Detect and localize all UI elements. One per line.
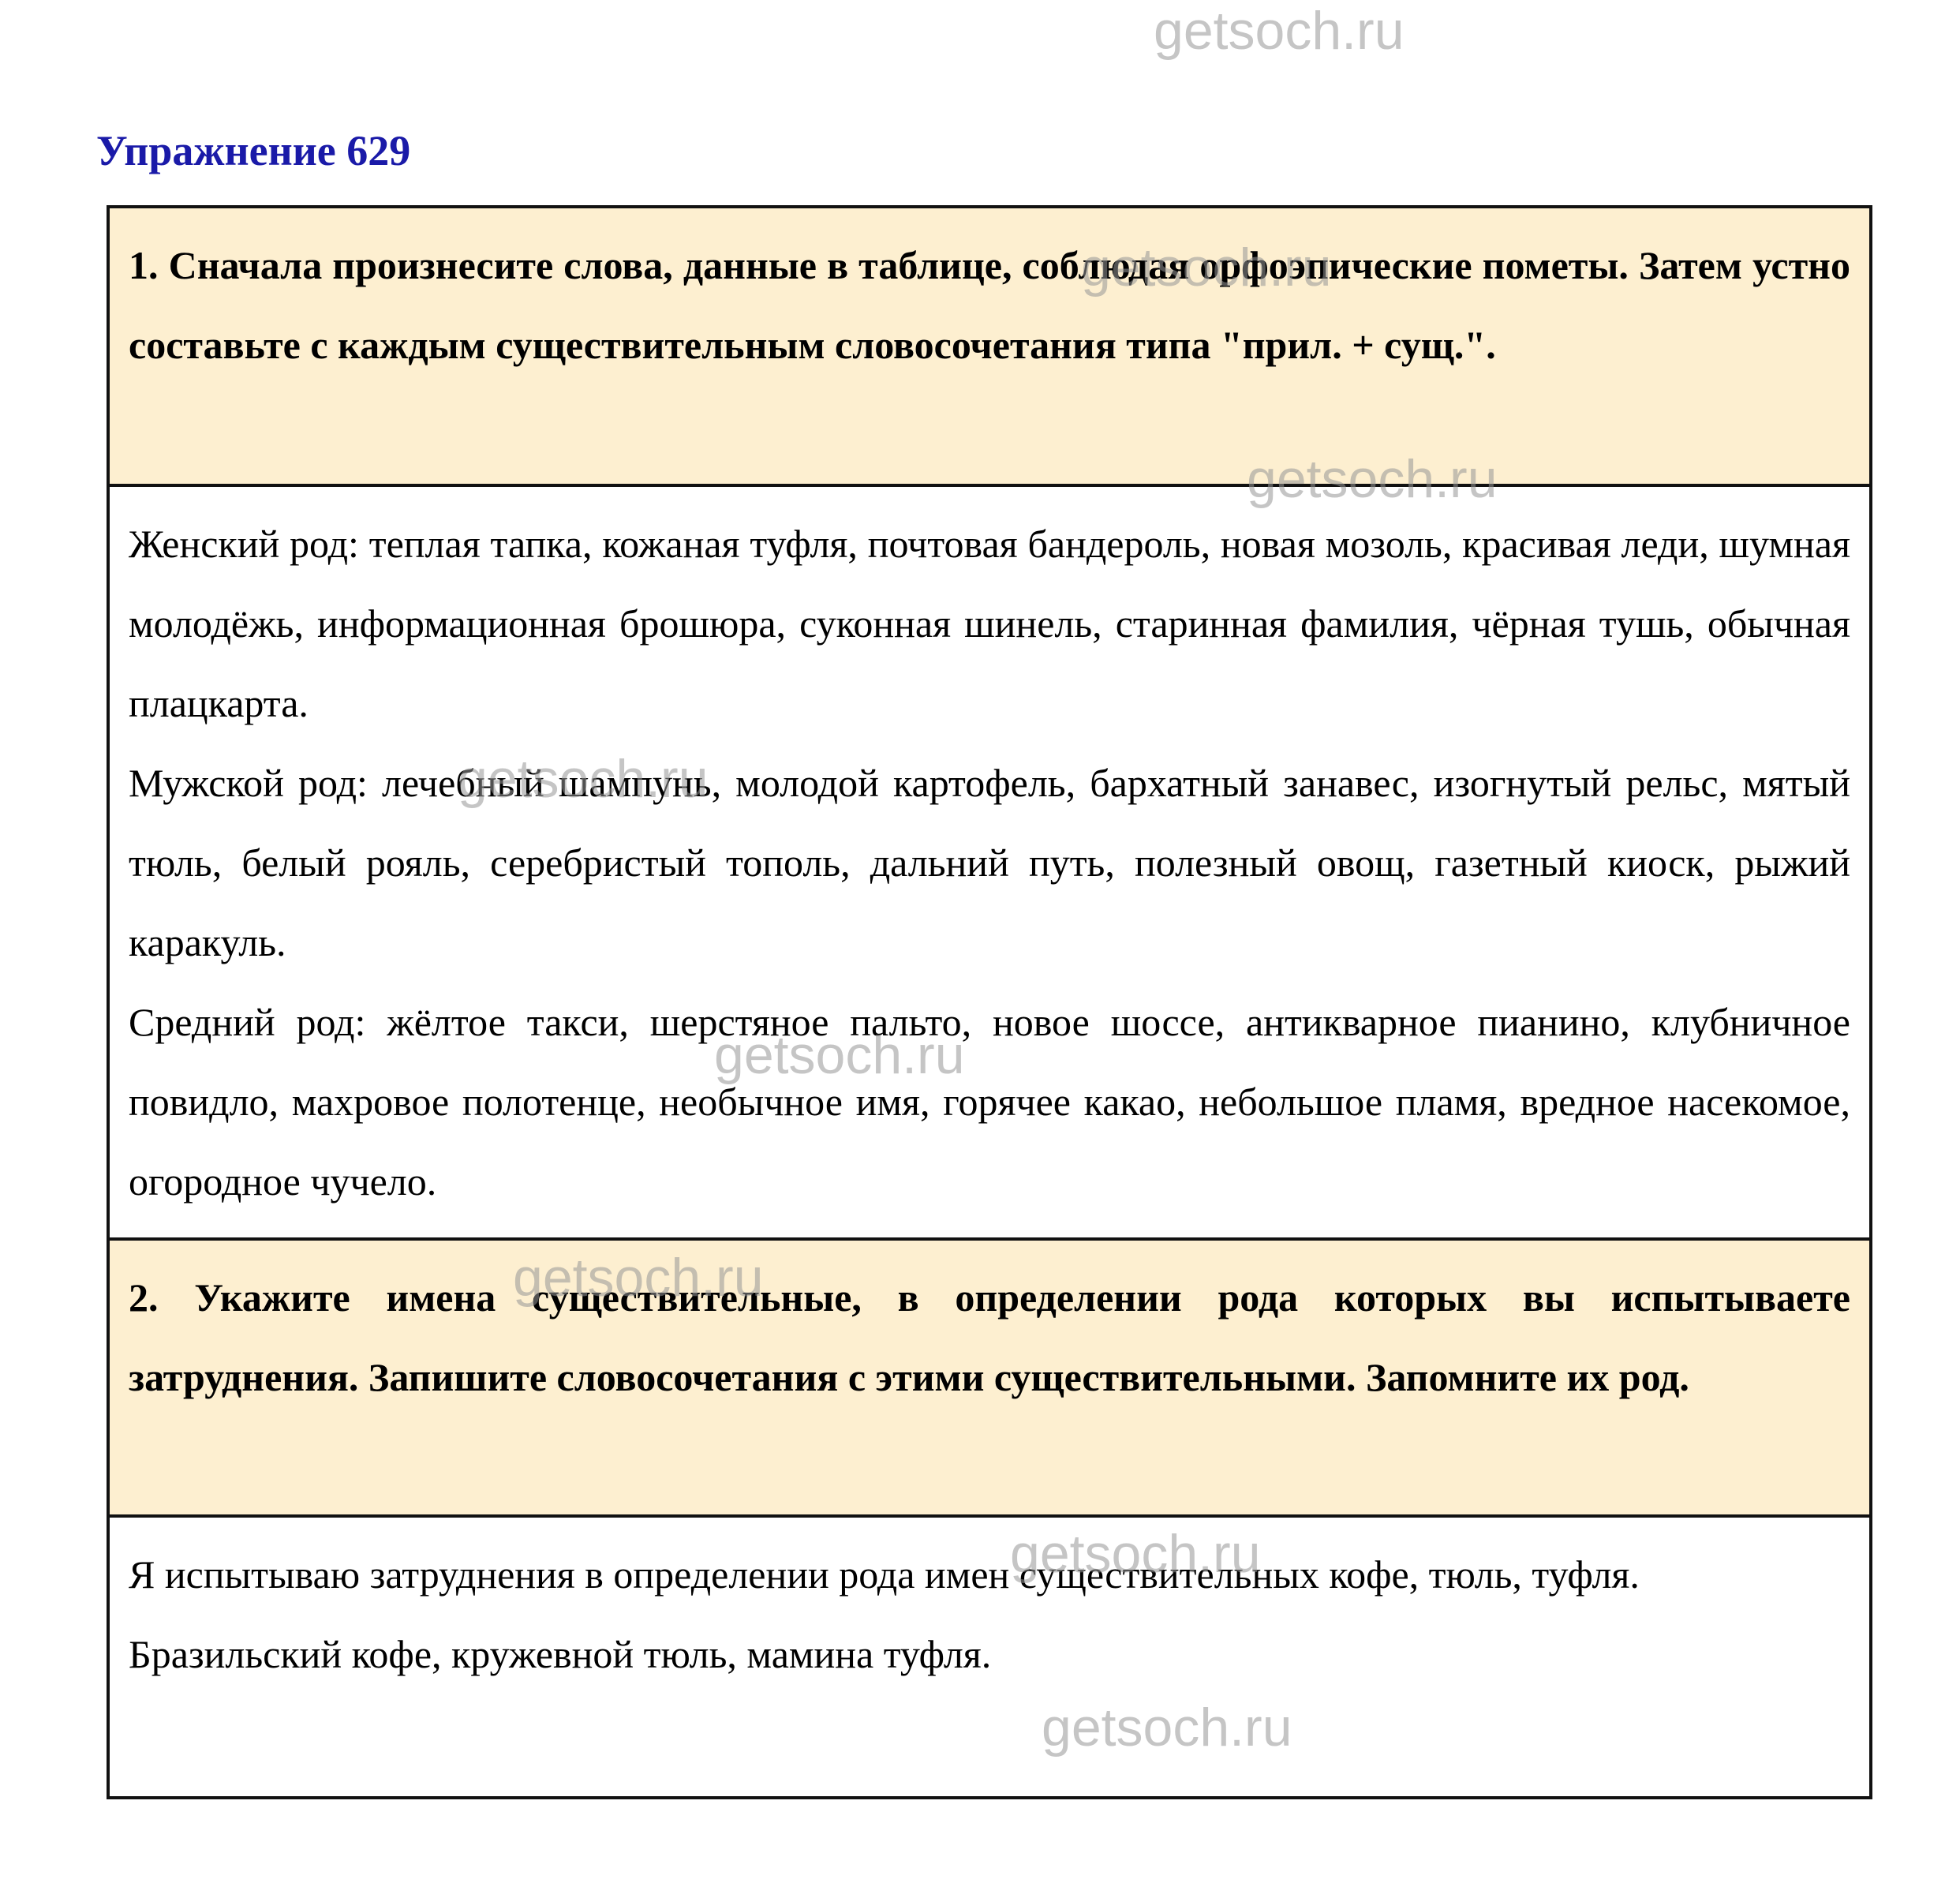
answer-1-neuter: Средний род: жёлтое такси, шерстяное пал… — [129, 983, 1850, 1222]
task-2-text: 2. Укажите имена существительные, в опре… — [129, 1258, 1850, 1417]
answer-2: Я испытываю затруднения в определении ро… — [110, 1518, 1869, 1796]
exercise-title: Упражнение 629 — [96, 126, 410, 175]
task-1-text: 1. Сначала произнесите слова, данные в т… — [129, 226, 1850, 385]
task-1: 1. Сначала произнесите слова, данные в т… — [110, 208, 1869, 487]
task-2: 2. Укажите имена существительные, в опре… — [110, 1241, 1869, 1518]
answer-1: Женский род: теплая тапка, кожаная туфля… — [110, 487, 1869, 1241]
answer-2-phrases: Бразильский кофе, кружевной тюль, мамина… — [129, 1615, 1850, 1694]
answer-1-masculine: Мужской род: лечебный шампунь, молодой к… — [129, 743, 1850, 983]
exercise-table: 1. Сначала произнесите слова, данные в т… — [107, 205, 1872, 1799]
answer-1-feminine: Женский род: теплая тапка, кожаная туфля… — [129, 504, 1850, 743]
watermark: getsoch.ru — [1154, 0, 1405, 62]
answer-2-explanation: Я испытываю затруднения в определении ро… — [129, 1535, 1850, 1615]
